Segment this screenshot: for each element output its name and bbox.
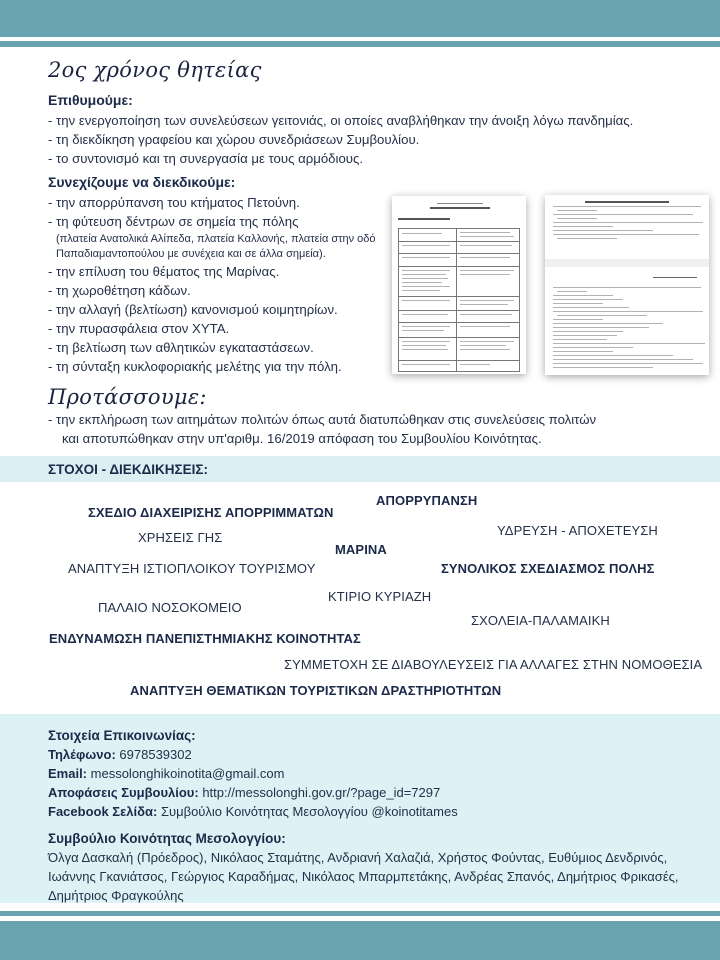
goal-item: ΣΧΕΔΙΟ ΔΙΑΧΕΙΡΙΣΗΣ ΑΠΟΡΡΙΜΜΑΤΩΝ xyxy=(88,505,333,520)
contact-heading: Στοιχεία Επικοινωνίας: xyxy=(48,728,196,743)
continue-item: - την επίλυση του θέματος της Μαρίνας. xyxy=(48,262,279,281)
phone-label: Τηλέφωνο: xyxy=(48,747,116,762)
goal-item: ΥΔΡΕΥΣΗ - ΑΠΟΧΕΤΕΥΣΗ xyxy=(497,523,658,538)
council-members-line: Όλγα Δασκαλή (Πρόεδρος), Νικόλαος Σταμάτ… xyxy=(48,850,667,865)
continue-item: - την αλλαγή (βελτίωση) κανονισμού κοιμη… xyxy=(48,300,338,319)
goal-item: ΕΝΔΥΝΑΜΩΣΗ ΠΑΝΕΠΙΣΤΗΜΙΑΚΗΣ ΚΟΙΝΟΤΗΤΑΣ xyxy=(49,631,361,646)
continue-item: - την απορρύπανση του κτήματος Πετούνη. xyxy=(48,193,300,212)
contact-email: Email: messolonghikoinotita@gmail.com xyxy=(48,766,284,781)
bottom-strip xyxy=(0,911,720,916)
contact-decisions: Αποφάσεις Συμβουλίου: http://messolonghi… xyxy=(48,785,440,800)
propose-heading: Προτάσσουμε: xyxy=(48,385,207,409)
top-strip xyxy=(0,41,720,47)
top-band xyxy=(0,0,720,37)
contact-facebook: Facebook Σελίδα: Συμβούλιο Κοινότητας Με… xyxy=(48,804,458,819)
goal-item: ΣΥΜΜΕΤΟΧΗ ΣΕ ΔΙΑΒΟΥΛΕΥΣΕΙΣ ΓΙΑ ΑΛΛΑΓΕΣ Σ… xyxy=(284,657,702,672)
document-thumbnail-table xyxy=(392,196,526,374)
decisions-link[interactable]: http://messolonghi.gov.gr/?page_id=7297 xyxy=(202,785,440,800)
continue-heading: Συνεχίζουμε να διεκδικούμε: xyxy=(48,174,235,190)
continue-item: - τη βελτίωση των αθλητικών εγκαταστάσεω… xyxy=(48,338,314,357)
goal-item: ΚΤΙΡΙΟ ΚΥΡΙΑΖΗ xyxy=(328,589,431,604)
facebook-label: Facebook Σελίδα: xyxy=(48,804,157,819)
goal-item: ΑΝΑΠΤΥΞΗ ΘΕΜΑΤΙΚΩΝ ΤΟΥΡΙΣΤΙΚΩΝ ΔΡΑΣΤΗΡΙΟ… xyxy=(130,683,501,698)
wish-item: - τη διεκδίκηση γραφείου και χώρου συνεδ… xyxy=(48,130,419,149)
goal-item: ΣΧΟΛΕΙΑ-ΠΑΛΑΜΑΙΚΗ xyxy=(471,613,610,628)
goal-item: ΑΝΑΠΤΥΞΗ ΙΣΤΙΟΠΛΟΙΚΟΥ ΤΟΥΡΙΣΜΟΥ xyxy=(68,561,315,576)
document-thumbnail-list xyxy=(545,195,709,375)
goal-item: ΠΑΛΑΙΟ ΝΟΣΟΚΟΜΕΙΟ xyxy=(98,600,242,615)
contact-phone: Τηλέφωνο: 6978539302 xyxy=(48,747,192,762)
wish-item: - την ενεργοποίηση των συνελεύσεων γειτο… xyxy=(48,111,633,130)
page-title: 2ος χρόνος θητείας xyxy=(48,58,262,82)
goal-item: ΧΡΗΣΕΙΣ ΓΗΣ xyxy=(138,530,222,545)
wish-heading: Επιθυμούμε: xyxy=(48,92,133,108)
goal-item: ΑΠΟΡΡΥΠΑΝΣΗ xyxy=(376,493,477,508)
decisions-label: Αποφάσεις Συμβουλίου: xyxy=(48,785,199,800)
goal-item: ΣΥΝΟΛΙΚΟΣ ΣΧΕΔΙΑΣΜΟΣ ΠΟΛΗΣ xyxy=(441,561,654,576)
continue-note: (πλατεία Ανατολικά Αλίπεδα, πλατεία Καλλ… xyxy=(56,231,376,247)
council-heading: Συμβούλιο Κοινότητας Μεσολογγίου: xyxy=(48,831,286,846)
continue-item: - τη φύτευση δέντρων σε σημεία της πόλης xyxy=(48,212,298,231)
email-value[interactable]: messolonghikoinotita@gmail.com xyxy=(91,766,285,781)
propose-line: - την εκπλήρωση των αιτημάτων πολιτών όπ… xyxy=(48,410,596,429)
goals-heading: ΣΤΟΧΟΙ - ΔΙΕΚΔΙΚΗΣΕΙΣ: xyxy=(48,462,208,477)
council-members-line: Δημήτριος Φραγκούλης xyxy=(48,888,184,903)
facebook-value[interactable]: Συμβούλιο Κοινότητας Μεσολογγίου @koinot… xyxy=(161,804,458,819)
propose-line: και αποτυπώθηκαν στην υπ'αριθμ. 16/2019 … xyxy=(62,429,542,448)
council-members-line: Ιωάννης Γκανιάτσος, Γεώργιος Καραδήμας, … xyxy=(48,869,679,884)
continue-note: Παπαδιαμαντοπούλου με συνέχεια και σε άλ… xyxy=(56,246,326,262)
continue-item: - τη σύνταξη κυκλοφοριακής μελέτης για τ… xyxy=(48,357,342,376)
phone-value[interactable]: 6978539302 xyxy=(119,747,191,762)
bottom-band xyxy=(0,921,720,960)
goal-item: ΜΑΡΙΝΑ xyxy=(335,542,387,557)
wish-item: - το συντονισμό και τη συνεργασία με του… xyxy=(48,149,363,168)
continue-item: - την πυρασφάλεια στον ΧΥΤΑ. xyxy=(48,319,229,338)
email-label: Email: xyxy=(48,766,87,781)
continue-item: - τη χωροθέτηση κάδων. xyxy=(48,281,191,300)
